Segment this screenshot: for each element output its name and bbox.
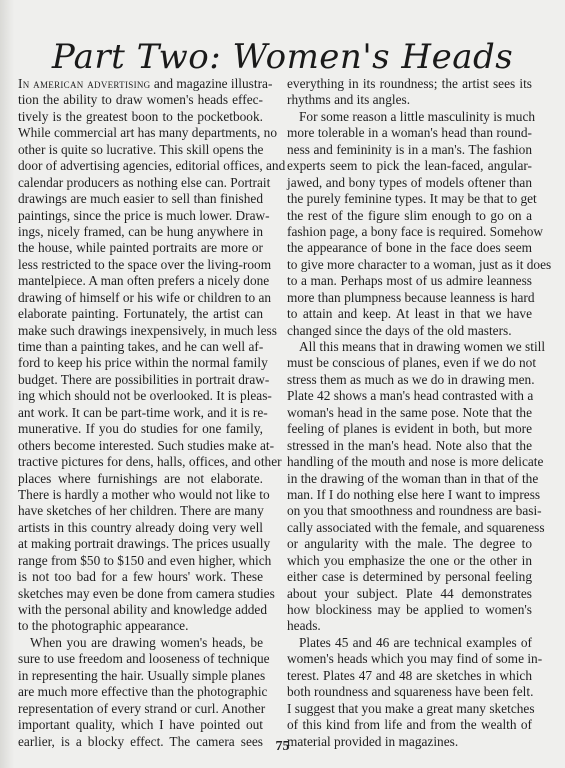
text-line: in the drawing of the woman than in that… — [287, 471, 532, 487]
text-line: There is hardly a mother who would not l… — [18, 487, 263, 503]
text-line: ford to keep his price within the normal… — [18, 355, 263, 371]
text-line: drawings are much easier to sell than fi… — [18, 191, 263, 207]
text-line: ness and femininity is in a man's. The f… — [287, 142, 532, 158]
paragraph-start-line: For some reason a little masculinity is … — [287, 109, 532, 125]
text-line: in representing the hair. Usually simple… — [18, 668, 263, 684]
text-line: ant work. It can be part-time work, and … — [18, 405, 263, 421]
text-line: door of advertising agencies, editorial … — [18, 158, 263, 174]
text-line: less restricted to the space over the li… — [18, 257, 263, 273]
text-line: of this kind from life and from the weal… — [287, 717, 532, 733]
paragraph-start-line: Plates 45 and 46 are technical examples … — [287, 635, 532, 651]
text-line: are much more effective than the photogr… — [18, 684, 263, 700]
text-line: must be conscious of planes, even if we … — [287, 355, 532, 371]
text-line: places where furnishings are not elabora… — [18, 471, 263, 487]
text-line: rhythms and its angles. — [287, 92, 532, 108]
text-line: others become interested. Such studies m… — [18, 438, 263, 454]
text-line: I suggest that you make a great many ske… — [287, 701, 532, 717]
text-line: experts seem to pick the lean-faced, ang… — [287, 158, 532, 174]
text-line: ings, nicely framed, can be hung anywher… — [18, 224, 263, 240]
page-number: 75 — [0, 739, 565, 755]
text-line: sure to use freedom and looseness of tec… — [18, 651, 263, 667]
text-line: In american advertising and magazine ill… — [18, 76, 263, 92]
text-line: man. If I do nothing else here I want to… — [287, 487, 532, 503]
text-line: on you that smoothness and roundness are… — [287, 503, 532, 519]
text-line: both roundness and squareness have been … — [287, 684, 532, 700]
text-line: cally associated with the female, and sq… — [287, 520, 532, 536]
text-line: budget. There are possibilities in portr… — [18, 372, 263, 388]
paragraph-start-line: All this means that in drawing women we … — [287, 339, 532, 355]
text-line: to give more character to a woman, just … — [287, 257, 532, 273]
text-line: the purely feminine types. It may be tha… — [287, 191, 532, 207]
text-line: handling of the mouth and nose is more d… — [287, 454, 532, 470]
text-line: how blockiness may be applied to women's — [287, 602, 532, 618]
text-line: mantelpiece. A man often prefers a nicel… — [18, 273, 263, 289]
text-line: fashion page, a bony face is required. S… — [287, 224, 532, 240]
text-line: calendar producers as nothing else can. … — [18, 175, 263, 191]
text-line: changed since the days of the old master… — [287, 323, 532, 339]
text-line: more than plumpness because leanness is … — [287, 290, 532, 306]
right-column: everything in its roundness; the artist … — [287, 76, 532, 750]
text-line: at making portrait drawings. The prices … — [18, 536, 263, 552]
text-line: woman's head in the same pose. Note that… — [287, 405, 532, 421]
text-line: stressed in the man's head. Note also th… — [287, 438, 532, 454]
text-line: to a man. Perhaps most of us admire lean… — [287, 273, 532, 289]
text-line: munerative. If you do studies for one fa… — [18, 421, 263, 437]
chapter-title: Part Two: Women's Heads — [0, 37, 565, 77]
text-line: everything in its roundness; the artist … — [287, 76, 532, 92]
text-line: to attain and keep. At least in that we … — [287, 306, 532, 322]
text-line: terest. Plates 47 and 48 are sketches in… — [287, 668, 532, 684]
text-line: jawed, and bony types of models oftener … — [287, 175, 532, 191]
paragraph-start-line: When you are drawing women's heads, be — [18, 635, 263, 651]
text-line: the rest of the figure slim enough to go… — [287, 208, 532, 224]
text-line: ing which should not be overlooked. It i… — [18, 388, 263, 404]
text-line: representation of every strand or curl. … — [18, 701, 263, 717]
text-line: feeling of planes is evident in both, bu… — [287, 421, 532, 437]
text-fragment: and magazine illustra- — [150, 76, 272, 91]
lead-in-smallcaps: In american advertising — [18, 76, 150, 91]
text-line: other is quite so lucrative. This skill … — [18, 142, 263, 158]
page-gutter-shadow — [0, 0, 14, 768]
text-line: the appearance of bone in the face does … — [287, 240, 532, 256]
text-line: important quality, which I have pointed … — [18, 717, 263, 733]
text-line: tively is the greatest boon to the pocke… — [18, 109, 263, 125]
text-line: with the personal ability and knowledge … — [18, 602, 263, 618]
text-line: time than a painting takes, and he can w… — [18, 339, 263, 355]
text-line: drawing of himself or his wife or childr… — [18, 290, 263, 306]
left-column: In american advertising and magazine ill… — [18, 76, 263, 750]
text-line: to the photographic appearance. — [18, 618, 263, 634]
text-line: artists in this country already doing ve… — [18, 520, 263, 536]
text-line: While commercial art has many department… — [18, 125, 263, 141]
text-line: sketches may even be done from camera st… — [18, 586, 263, 602]
text-line: the house, while painted portraits are m… — [18, 240, 263, 256]
text-line: women's heads which you may find of some… — [287, 651, 532, 667]
text-line: stress them as much as we do in drawing … — [287, 372, 532, 388]
text-line: range from $50 to $150 and even higher, … — [18, 553, 263, 569]
text-line: more tolerable in a woman's head than ro… — [287, 125, 532, 141]
text-line: is not too bad for a few hours' work. Th… — [18, 569, 263, 585]
text-line: tion the ability to draw women's heads e… — [18, 92, 263, 108]
text-line: or angularity with the male. The degree … — [287, 536, 532, 552]
text-line: make such drawings inexpensively, in muc… — [18, 323, 263, 339]
text-line: Plate 42 shows a man's head contrasted w… — [287, 388, 532, 404]
text-line: about your subject. Plate 44 demonstrate… — [287, 586, 532, 602]
text-line: paintings, since the price is much lower… — [18, 208, 263, 224]
text-line: heads. — [287, 618, 532, 634]
text-line: either case is determined by personal fe… — [287, 569, 532, 585]
text-line: elaborate painting. Fortunately, the art… — [18, 306, 263, 322]
text-line: which you emphasize the one or the other… — [287, 553, 532, 569]
text-line: tractive pictures for dens, halls, offic… — [18, 454, 263, 470]
text-line: have sketches of her children. There are… — [18, 503, 263, 519]
